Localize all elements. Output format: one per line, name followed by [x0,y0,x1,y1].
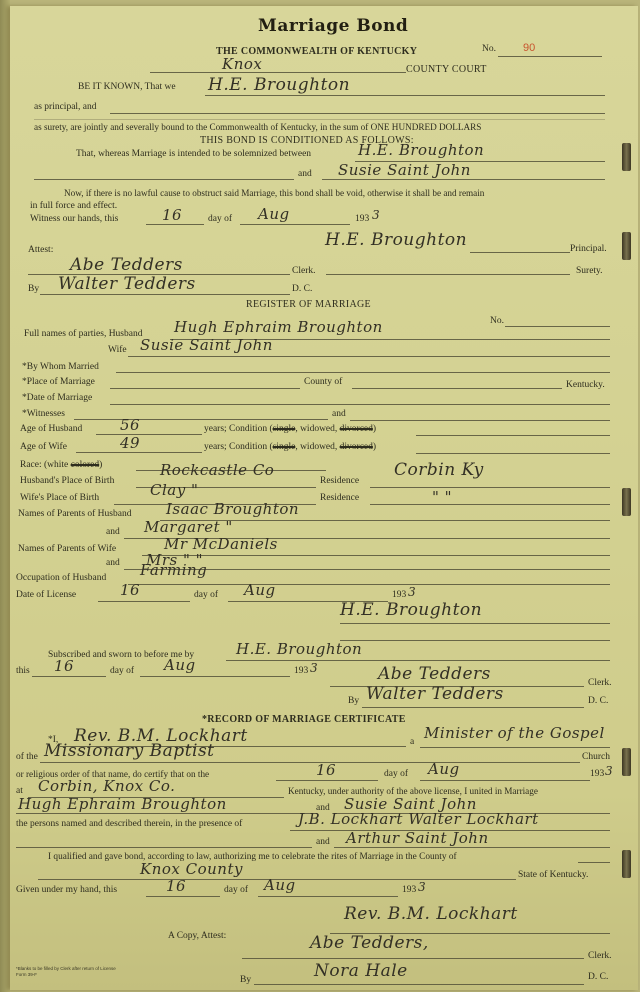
license-date-label: Date of License [16,590,76,600]
age-wife-label: Age of Wife [20,442,67,452]
wife-name-label: Wife [108,345,127,355]
of-the-label: of the [16,752,38,762]
husband-full-name: Hugh Ephraim Broughton [174,318,383,336]
principal-signature: H.E. Broughton [325,230,467,250]
given-year-suffix: 3 [418,880,426,894]
place-of-marriage-label: *Place of Marriage [22,377,95,387]
subscribed-by: H.E. Broughton [236,640,362,658]
husband-name-label: Full names of parties, Husband [24,329,142,339]
age-husband-label: Age of Husband [20,424,82,434]
certificate-heading: *RECORD OF MARRIAGE CERTIFICATE [202,714,406,725]
date-of-marriage-label: *Date of Marriage [22,393,92,403]
register-heading: REGISTER OF MARRIAGE [246,299,371,310]
party-2-name: Susie Saint John [338,161,471,179]
license-year-prefix: 193 [392,590,406,600]
given-day-of-label: day of [224,885,248,895]
witness-label: Witness our hands, this [30,214,118,224]
register-clerk-signature: Abe Tedders [378,664,491,684]
bond-number-label: No. [482,44,496,54]
license-year-suffix: 3 [408,585,416,599]
bond-clerk-signature: Abe Tedders [70,255,183,275]
witness-month: Aug [258,205,290,223]
void-clause-line-1: Now, if there is no lawful cause to obst… [64,188,484,198]
day-of-label: day of [208,214,232,224]
county-name: Knox [222,55,262,73]
groom-name: Hugh Ephraim Broughton [18,795,227,813]
husband-residence-label: Residence [320,476,359,486]
register-dc-signature: Walter Tedders [366,684,504,704]
wife-full-name: Susie Saint John [140,336,273,354]
wife-parents-and-label: and [106,558,120,568]
county-of-label: County of [304,377,342,387]
witnesses-label: *Witnesses [22,409,65,419]
given-year-prefix: 193 [402,885,416,895]
wife-parents-label: Names of Parents of Wife [18,544,116,554]
copy-attest-label: A Copy, Attest: [168,931,226,941]
given-label: Given under my hand, this [16,885,117,895]
register-clerk-label: Clerk. [588,678,611,688]
bond-number: 90 [523,42,535,54]
attest-label: Attest: [28,245,53,255]
license-day-of-label: day of [194,590,218,600]
page-edge [0,0,10,992]
witness-year-suffix: 3 [372,208,380,222]
cert-by-label: By [240,975,251,985]
minister-signature: Rev. B.M. Lockhart [344,904,518,924]
binder-tab [622,143,631,171]
presence-label: the persons named and described therein,… [16,819,242,829]
given-month: Aug [264,876,296,894]
witness-and-label: and [316,837,330,847]
principal-name: H.E. Broughton [208,75,350,95]
sworn-this-label: this [16,666,30,676]
cert-dc-label: D. C. [588,972,608,982]
husband-father: Isaac Broughton [166,500,299,518]
principal-label: Principal. [570,244,607,254]
minister-title: Minister of the Gospel [424,724,605,742]
qualified-text: I qualified and gave bond, according to … [48,852,457,862]
cert-a-label: a [410,737,414,747]
sworn-year-suffix: 3 [310,661,318,675]
license-day: 16 [120,581,140,599]
cert-year-suffix: 3 [605,764,613,778]
qualified-county: Knox County [140,860,243,878]
bond-by-label: By [28,284,39,294]
given-day: 16 [166,877,186,895]
witness-1: J.B. Lockhart Walter Lockhart [298,810,539,828]
sworn-day: 16 [54,657,74,675]
and-label: and [298,169,312,179]
cert-month: Aug [428,760,460,778]
register-by-label: By [348,696,359,706]
occupation-label: Occupation of Husband [16,573,106,583]
wife-birthplace-label: Wife's Place of Birth [20,493,99,503]
footnote: *Blanks to be filled by Clerk after retu… [16,966,116,978]
binder-tab [622,748,631,776]
register-no-label: No. [490,316,504,326]
age-husband-value: 56 [120,416,140,434]
cert-clerk-signature: Abe Tedders, [310,933,429,953]
wife-residence: " " [432,488,452,506]
cert-clerk-label: Clerk. [588,951,611,961]
license-month: Aug [244,581,276,599]
register-dc-label: D. C. [588,696,608,706]
witness-day: 16 [162,206,182,224]
bond-dc-label: D. C. [292,284,312,294]
binder-tab [622,232,631,260]
sworn-day-of-label: day of [110,666,134,676]
by-whom-married-label: *By Whom Married [22,362,99,372]
document-title: Marriage Bond [258,16,408,36]
wife-residence-label: Residence [320,493,359,503]
husband-parents-and-label: and [106,527,120,537]
sworn-month: Aug [164,656,196,674]
occupation-value: Farming [140,561,207,579]
sworn-year-prefix: 193 [294,666,308,676]
husband-birthplace-label: Husband's Place of Birth [20,476,114,486]
party-1-name: H.E. Broughton [358,141,484,159]
husband-condition: years; Condition (single, widowed, divor… [204,424,376,434]
surety-text: as surety, are jointly and severally bou… [34,122,481,132]
binder-tab [622,850,631,878]
wife-birthplace: Clay " [150,481,198,499]
marriage-place: Corbin, Knox Co. [38,777,175,795]
whereas-label: That, whereas Marriage is intended to be… [76,149,311,159]
state-of-kentucky-label: State of Kentucky. [518,870,588,880]
as-principal-label: as principal, and [34,102,97,112]
cert-year-prefix: 193 [590,769,604,779]
witness-year-prefix: 193 [355,214,369,224]
bond-dc-signature: Walter Tedders [58,274,196,294]
church-name: Missionary Baptist [44,741,215,761]
witnesses-and-label: and [332,409,346,419]
church-label: Church [582,752,610,762]
county-court-label: COUNTY COURT [406,64,487,75]
be-it-known-label: BE IT KNOWN, That we [78,82,176,92]
husband-residence: Corbin Ky [394,460,484,480]
husband-birthplace: Rockcastle Co [160,461,274,479]
wife-condition: years; Condition (single, widowed, divor… [204,442,376,452]
race-label: Race: (white colored) [20,460,102,470]
void-clause-line-2: in full force and effect. [30,201,117,211]
husband-mother: Margaret " [144,518,233,536]
surety-label: Surety. [576,266,603,276]
cert-day: 16 [316,761,336,779]
cert-day-of-label: day of [384,769,408,779]
age-wife-value: 49 [120,434,140,452]
witness-2: Arthur Saint John [346,829,489,847]
applicant-signature: H.E. Broughton [340,600,482,620]
bond-clerk-label: Clerk. [292,266,315,276]
cert-dc-signature: Nora Hale [314,961,408,981]
husband-parents-label: Names of Parents of Husband [18,509,131,519]
kentucky-label: Kentucky. [566,380,605,390]
binder-tab [622,488,631,516]
